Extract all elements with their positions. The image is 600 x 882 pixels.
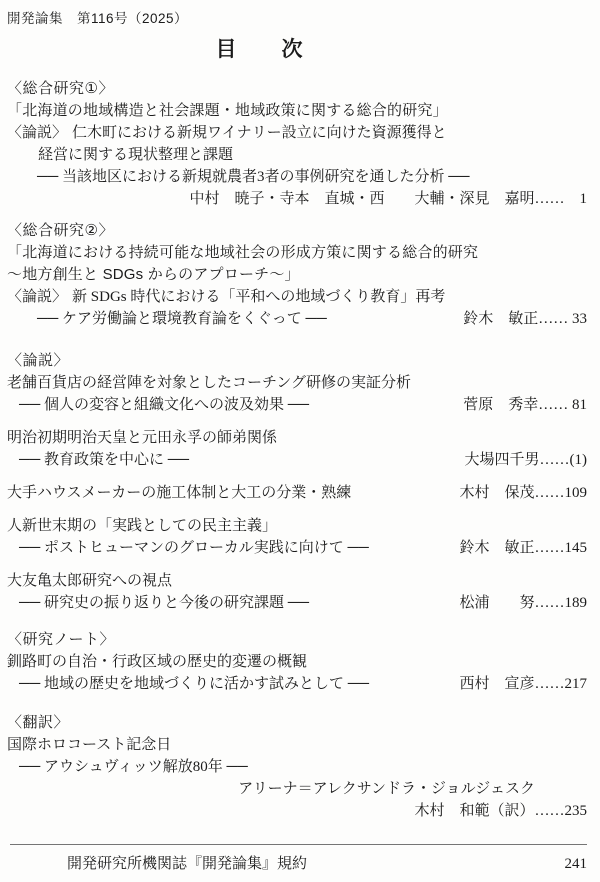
article-subtitle-row: ── 地域の歴史を地域づくりに活かす試みとして ── 西村 宣彦……217 (7, 673, 587, 695)
article-title: 釧路町の自治・行政区域の歴史的変遷の概観 (7, 651, 587, 673)
toc-entry: 老舗百貨店の経営陣を対象としたコーチング研修の実証分析 ── 個人の変容と組織文… (7, 372, 587, 416)
section-label: 〈翻訳〉 (7, 712, 587, 734)
article-title-row: 大手ハウスメーカーの施工体制と大工の分業・熟練 木村 保茂……109 (7, 482, 587, 504)
page-title: 目 次 (7, 34, 512, 64)
article-subtitle: ── ケア労働論と環境教育論をくぐって ── (37, 308, 327, 330)
section-label: 〈総合研究①〉 (7, 78, 587, 100)
article-title: 大友亀太郎研究への視点 (7, 570, 587, 592)
footer: 開発研究所機関誌『開発論集』規約 241 (10, 844, 587, 875)
group-research-title: 「北海道の地域構造と社会課題・地域政策に関する総合的研究」 (7, 100, 587, 122)
toc-entry: 明治初期明治天皇と元田永孚の師弟関係 ── 教育政策を中心に ── 大場四千男…… (7, 427, 587, 471)
article-subtitle: ── アウシュヴィッツ解放80年 ── (7, 756, 587, 778)
article-authors-page: 中村 暁子・寺本 直城・西 大輔・深見 嘉明…… 1 (7, 188, 587, 210)
article-original-author: アリーナ＝アレクサンドラ・ジョルジェスク (7, 778, 587, 800)
footer-row: 開発研究所機関誌『開発論集』規約 241 (10, 853, 587, 875)
article-title: 老舗百貨店の経営陣を対象としたコーチング研修の実証分析 (7, 372, 587, 394)
article-subtitle-row: ── ケア労働論と環境教育論をくぐって ── 鈴木 敏正…… 33 (7, 308, 587, 330)
article-subtitle: ── ポストヒューマンのグローカル実践に向けて ── (19, 537, 369, 559)
section-sogo-kenkyu-1: 〈総合研究①〉 「北海道の地域構造と社会課題・地域政策に関する総合的研究」 〈論… (7, 78, 587, 210)
article-title-line: 〈論説〉新 SDGs 時代における「平和への地域づくり教育」再考 (7, 286, 587, 308)
article-type-label: 〈論説〉 (7, 289, 67, 305)
article-subtitle: ── 教育政策を中心に ── (19, 449, 189, 471)
section-kenkyu-note: 〈研究ノート〉 釧路町の自治・行政区域の歴史的変遷の概観 ── 地域の歴史を地域… (7, 629, 587, 695)
section-label: 〈研究ノート〉 (7, 629, 587, 651)
article-authors-page: 大場四千男……(1) (465, 449, 588, 471)
toc-entry: 大手ハウスメーカーの施工体制と大工の分業・熟練 木村 保茂……109 (7, 482, 587, 504)
journal-header: 開発論集 第116号（2025） (7, 10, 587, 28)
article-subtitle-row: ── 教育政策を中心に ── 大場四千男……(1) (7, 449, 587, 471)
article-title: 仁木町における新規ワイナリー設立に向けた資源獲得と (72, 125, 447, 141)
article-authors-page: 松浦 努……189 (459, 592, 587, 614)
article-title: 明治初期明治天皇と元田永孚の師弟関係 (7, 427, 587, 449)
article-authors-page: 菅原 秀幸…… 81 (463, 394, 587, 416)
article-authors-page: 西村 宣彦……217 (459, 673, 587, 695)
section-ronsetsu: 〈論説〉 老舗百貨店の経営陣を対象としたコーチング研修の実証分析 ── 個人の変… (7, 350, 587, 614)
article-subtitle: ── 研究史の振り返りと今後の研究課題 ── (19, 592, 309, 614)
article-title: 新 SDGs 時代における「平和への地域づくり教育」再考 (72, 289, 445, 305)
article-subtitle: ── 当該地区における新規就農者3者の事例研究を通した分析 ── (7, 166, 587, 188)
group-research-subtitle: ～地方創生と SDGs からのアプローチ～」 (7, 264, 587, 286)
article-subtitle: ── 地域の歴史を地域づくりに活かす試みとして ── (19, 673, 369, 695)
article-title-line: 〈論説〉仁木町における新規ワイナリー設立に向けた資源獲得と (7, 122, 587, 144)
toc-page: 開発論集 第116号（2025） 目 次 〈総合研究①〉 「北海道の地域構造と社… (0, 0, 600, 882)
article-subtitle: ── 個人の変容と組織文化への波及効果 ── (19, 394, 309, 416)
article-authors-page: 鈴木 敏正…… 33 (463, 308, 587, 330)
section-honyaku: 〈翻訳〉 国際ホロコースト記念日 ── アウシュヴィッツ解放80年 ── アリー… (7, 712, 587, 822)
article-translator-page: 木村 和範（訳）……235 (7, 800, 587, 822)
group-research-title: 「北海道における持続可能な地域社会の形成方策に関する総合的研究 (7, 242, 587, 264)
article-subtitle-row: ── 研究史の振り返りと今後の研究課題 ── 松浦 努……189 (7, 592, 587, 614)
article-subtitle-row: ── 個人の変容と組織文化への波及効果 ── 菅原 秀幸…… 81 (7, 394, 587, 416)
section-label: 〈総合研究②〉 (7, 220, 587, 242)
toc-entry: 大友亀太郎研究への視点 ── 研究史の振り返りと今後の研究課題 ── 松浦 努…… (7, 570, 587, 614)
toc-entry: 人新世末期の「実践としての民主主義」 ── ポストヒューマンのグローカル実践に向… (7, 515, 587, 559)
article-title-continued: 経営に関する現状整理と課題 (7, 144, 587, 166)
article-subtitle-row: ── ポストヒューマンのグローカル実践に向けて ── 鈴木 敏正……145 (7, 537, 587, 559)
section-sogo-kenkyu-2: 〈総合研究②〉 「北海道における持続可能な地域社会の形成方策に関する総合的研究 … (7, 220, 587, 330)
article-title: 国際ホロコースト記念日 (7, 734, 587, 756)
section-label: 〈論説〉 (7, 350, 587, 372)
article-authors-page: 鈴木 敏正……145 (459, 537, 587, 559)
article-authors-page: 木村 保茂……109 (459, 482, 587, 504)
article-type-label: 〈論説〉 (7, 125, 67, 141)
article-title: 人新世末期の「実践としての民主主義」 (7, 515, 587, 537)
article-title: 大手ハウスメーカーの施工体制と大工の分業・熟練 (7, 482, 351, 504)
footer-page-number: 241 (565, 853, 588, 875)
footer-regulations-title: 開発研究所機関誌『開発論集』規約 (67, 853, 307, 875)
